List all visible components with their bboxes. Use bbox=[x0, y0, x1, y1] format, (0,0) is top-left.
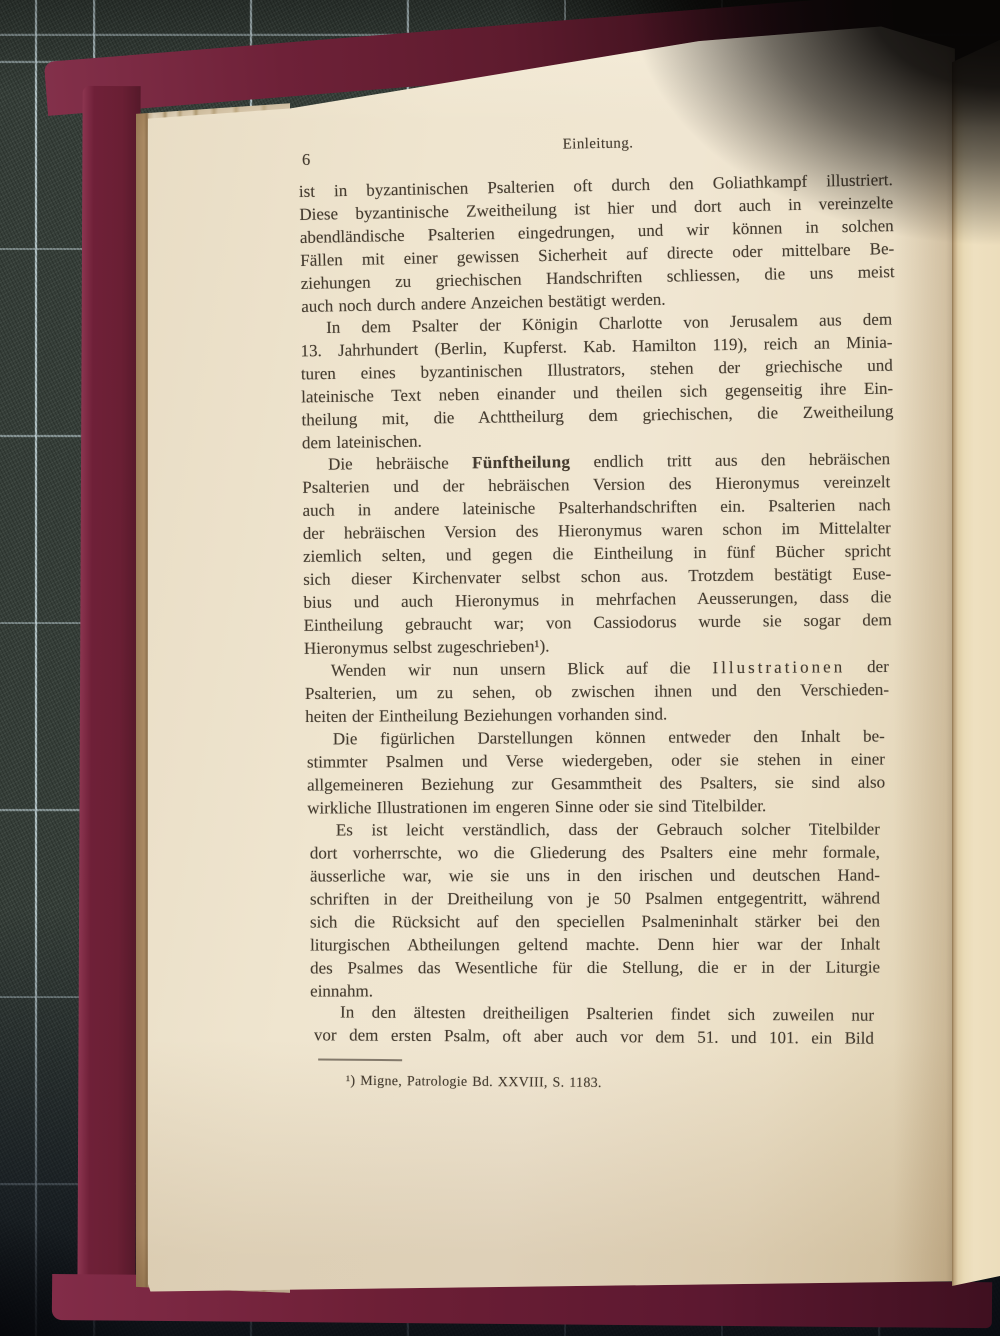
book-photo-scene: Einleitung. 6 ist in byzantinischen Psal… bbox=[0, 0, 1000, 1336]
paragraph: Wenden wir nun unsern Blick auf die Illu… bbox=[305, 655, 889, 728]
page-text-block: ist in byzantinischen Psalterien oft dur… bbox=[300, 174, 896, 1095]
paragraph: ist in byzantinischen Psalterien oft dur… bbox=[299, 168, 896, 318]
paragraph: Die figürlichen Darstellungen können ent… bbox=[307, 724, 885, 819]
paragraph: In dem Psalter der Königin Charlotte von… bbox=[300, 308, 894, 455]
footnote-area: ¹) Migne, Patrologie Bd. XXVIII, S. 1183… bbox=[314, 1058, 896, 1097]
facing-page-sliver bbox=[952, 40, 1000, 1286]
paragraph: In den ältesten dreitheiligen Psalterien… bbox=[314, 1000, 874, 1049]
paragraph: Es ist leicht verständlich, dass der Geb… bbox=[310, 818, 880, 1003]
page-header-area: Einleitung. 6 bbox=[300, 136, 896, 153]
book-cover-left-edge bbox=[77, 86, 140, 1312]
footnote-rule bbox=[318, 1058, 402, 1061]
page-number: 6 bbox=[302, 150, 310, 170]
footnote: ¹) Migne, Patrologie Bd. XXVIII, S. 1183… bbox=[346, 1070, 896, 1098]
paragraph: Die hebräische Fünftheilung endlich trit… bbox=[302, 447, 892, 660]
